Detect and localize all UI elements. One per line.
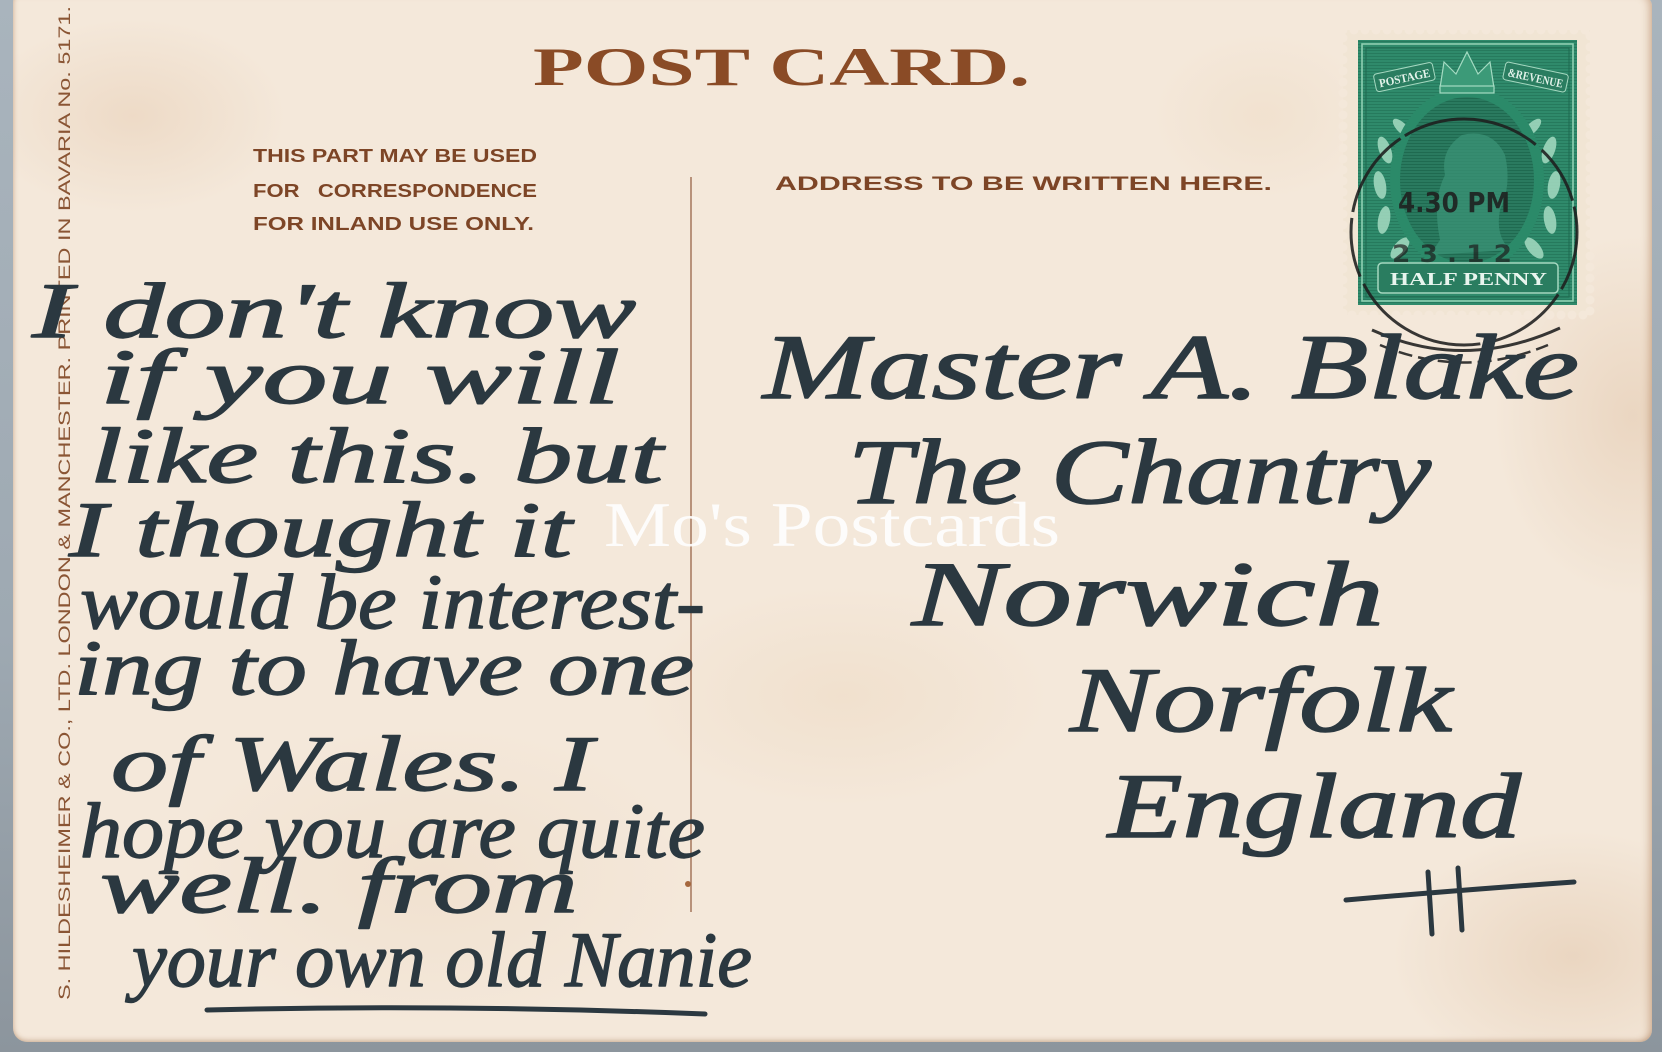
address-line: Master A. Blake — [760, 316, 1579, 418]
signature-underline — [207, 1008, 705, 1014]
notice-line-1: THIS PART MAY BE USED — [253, 146, 537, 166]
postcard-title: POST CARD. — [533, 37, 1030, 97]
address-notice: ADDRESS TO BE WRITTEN HERE. — [775, 174, 1272, 195]
address-line: Norfolk — [1069, 649, 1455, 751]
handwritten-message: I don't know if you will like this. but … — [30, 267, 752, 1014]
foxing-spot — [685, 881, 691, 887]
watermark: Mo's Postcards — [604, 489, 1060, 560]
notice-line-3: FOR INLAND USE ONLY. — [253, 214, 534, 234]
address-flourish — [1346, 868, 1574, 934]
postmark-time: 4.30 PM — [1398, 186, 1510, 219]
correspondence-notice: THIS PART MAY BE USED FOR CORRESPONDENCE… — [253, 146, 537, 234]
postcard-content: POST CARD. THIS PART MAY BE USED FOR COR… — [0, 0, 1662, 1052]
notice-line-2: FOR CORRESPONDENCE — [253, 181, 537, 201]
message-line: ing to have one — [74, 624, 694, 711]
stamp-value-label: HALF PENNY — [1390, 269, 1547, 289]
postmark-date: 2 3 . 1 2 — [1392, 240, 1512, 268]
message-line: if you will — [100, 333, 620, 420]
handwritten-address: Master A. Blake The Chantry Norwich Norf… — [760, 316, 1579, 934]
address-line: England — [1105, 755, 1522, 857]
half-penny-stamp: POSTAGE &REVENUE HALF PENNY — [1343, 30, 1590, 315]
message-signature: your own old Nanie — [125, 916, 752, 1003]
